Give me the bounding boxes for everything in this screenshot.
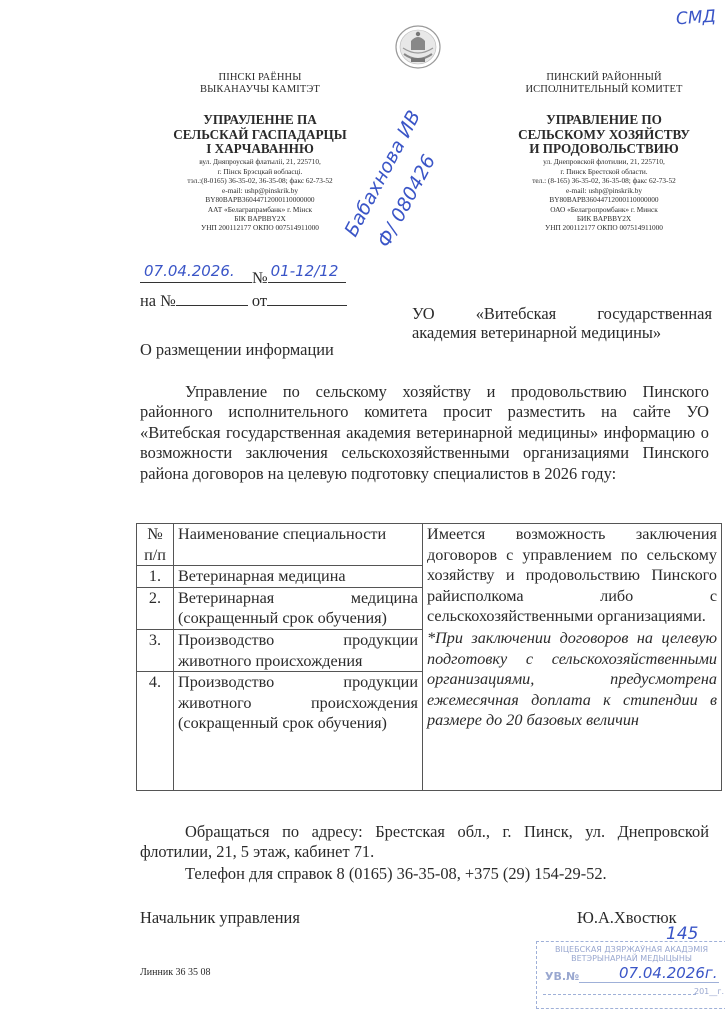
specialties-table: № п/п Наименование специальности Имеется… [136,523,722,791]
outgoing-date: 07.04.2026. [144,260,235,282]
address-line1: ул. Днепровской флотилии, 21, 225710, [484,157,724,166]
executor-line: Линник 36 35 08 [140,967,211,978]
bic: БИК BAPBBY2X [484,214,724,223]
org-name-line1: ПІНСКІ РАЁННЫ [140,72,380,84]
signatory-name: Ю.А.Хвостюк [577,908,677,928]
outgoing-number-field: 01-12/12 [268,262,346,283]
org-name-line2: ИСПОЛНИТЕЛЬНЫЙ КОМИТЕТ [484,84,724,96]
address-line2: г. Пинск Брестской области. [484,167,724,176]
conditions-text: Имеется возможность заключения договоров… [427,524,717,627]
stamp-date-handwritten: 07.04.2026г. [619,964,718,982]
email: e-mail: ushp@pinskrik.by [484,186,724,195]
reply-to-label: на № [140,291,176,310]
number-label: № [252,268,268,287]
bank-account: BY80BAPB36044712000110000000 [484,195,724,204]
stamp-reg-line [579,982,719,983]
outgoing-number: 01-12/12 [271,260,339,282]
contact-phone: Телефон для справок 8 (0165) 36-35-08, +… [140,864,709,884]
conditions-cell: Имеется возможность заключения договоров… [423,524,722,791]
bank-account: BY80BAPB36044712000110000000 [140,195,380,204]
dept-name-line2: СЕЛЬСКОМУ ХОЗЯЙСТВУ [484,128,724,143]
header-number: № п/п [137,524,174,566]
recipient: УО «Витебская государственная академия в… [412,304,712,342]
stamp-org-line2: ВЕТЭРЫНАРНАЙ МЕДЫЦЫНЫ [537,954,725,963]
signatory-position: Начальник управления [140,908,300,928]
subject: О размещении информации [140,340,334,360]
recipient-line1: УО «Витебская государственная [412,304,712,323]
dept-name-line1: УПРАУЛЕННЕ ПА [140,113,380,128]
conditions-note: *При заключении договоров на целевую под… [427,628,717,731]
outgoing-reference: 07.04.2026. № 01-12/12 на № от [140,262,347,312]
stamp-year-line: 201__г. [537,986,725,1000]
intro-paragraph: Управление по сельскому хозяйству и прод… [140,382,709,484]
outgoing-date-field: 07.04.2026. [140,262,252,283]
org-name-line2: ВЫКАНАУЧЫ КАМІТЭТ [140,84,380,96]
dept-name-line1: УПРАВЛЕНИЕ ПО [484,113,724,128]
unp-okpo: УНП 200112177 ОКПО 007514911000 [484,223,724,232]
stamp-number-handwritten: 145 [666,924,698,944]
bank-name: ОАО «Белагропромбанк» г. Минск [484,205,724,214]
org-name-line1: ПИНСКИЙ РАЙОННЫЙ [484,72,724,84]
phone-fax: тел.: (8-165) 36-35-02, 36-35-08; факс 6… [484,176,724,185]
contact-address: Обращаться по адресу: Брестская обл., г.… [140,822,709,863]
incoming-registration-stamp: ВІЦЕБСКАЯ ДЗЯРЖАЎНАЯ АКАДЭМІЯ ВЕТЭРЫНАРН… [536,941,725,1009]
from-field [267,289,347,306]
corner-handwritten-mark: СМД [675,7,716,30]
dept-name-line3: И ПРОДОВОЛЬСТВИЮ [484,142,724,157]
recipient-line2: академия ветеринарной медицины» [412,323,712,342]
from-label: от [252,291,267,310]
bank-name: ААТ «Белаграпрамбанк» г. Мінск [140,205,380,214]
header-right: ПИНСКИЙ РАЙОННЫЙ ИСПОЛНИТЕЛЬНЫЙ КОМИТЕТ … [484,72,724,233]
reply-to-field [176,289,248,306]
table-header-row: № п/п Наименование специальности Имеется… [137,524,722,566]
header-specialty: Наименование специальности [174,524,423,566]
stamp-org-line1: ВІЦЕБСКАЯ ДЗЯРЖАЎНАЯ АКАДЭМІЯ [537,945,725,954]
stamp-reg-label: УВ.№ [545,970,579,983]
